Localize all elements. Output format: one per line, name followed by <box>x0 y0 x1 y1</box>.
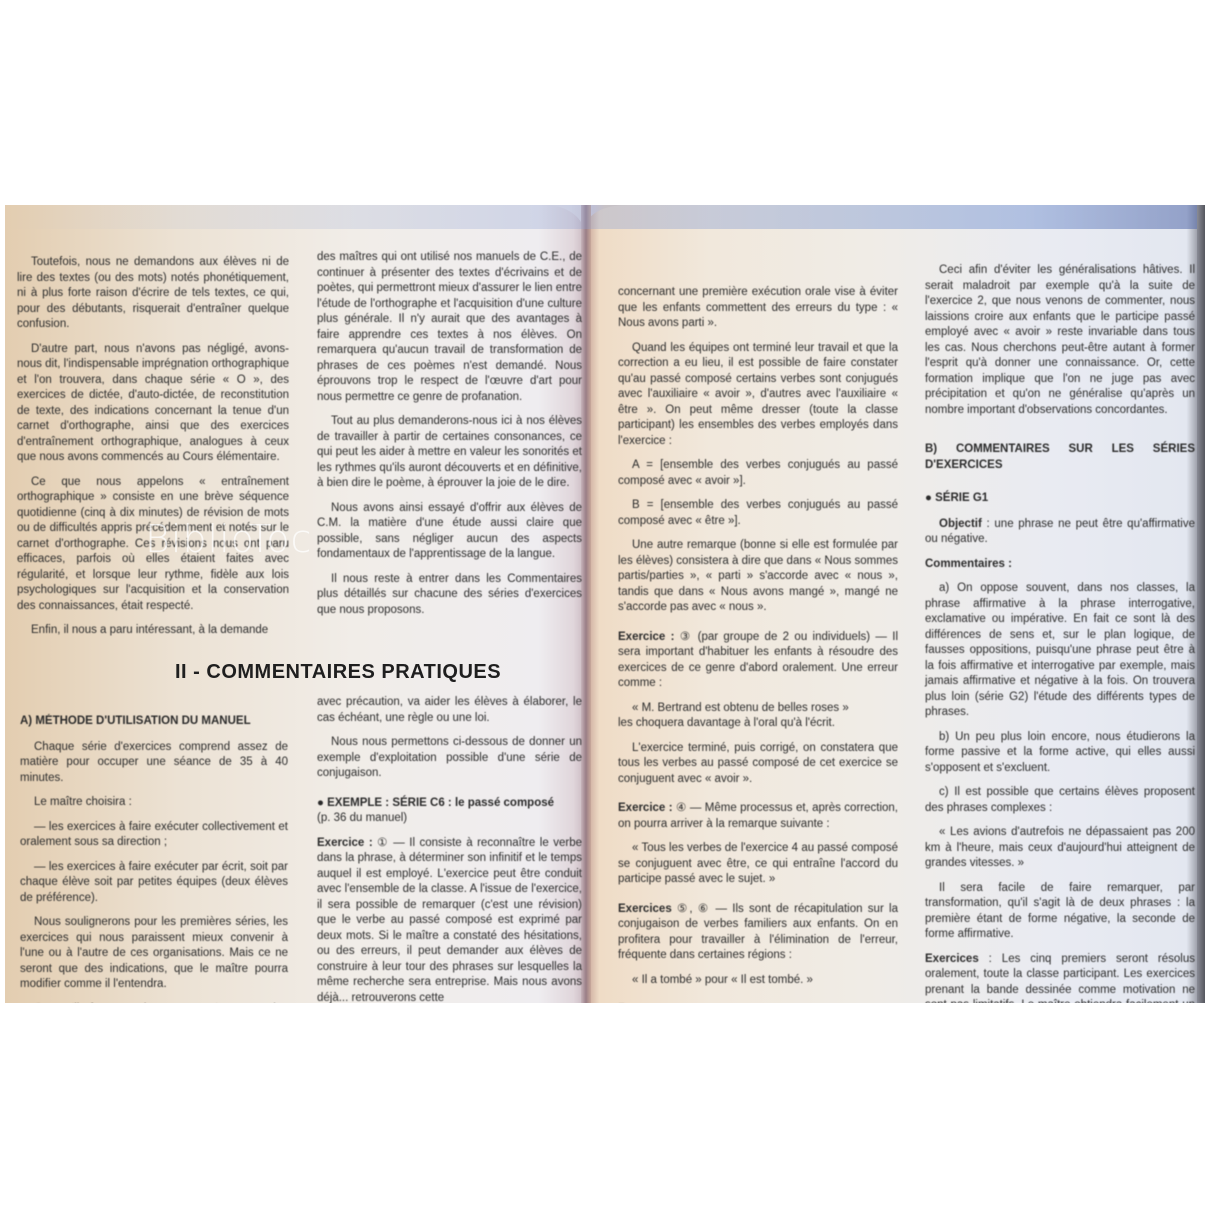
exercise-label: Exercice : <box>618 802 673 814</box>
exercises-5-6: Exercices ⑤, ⑥ — Ils sont de récapitulat… <box>618 902 898 964</box>
serie-heading: ● SÉRIE G1 <box>925 491 1195 507</box>
exercise-4: Exercice : ④ — Même processus et, après … <box>618 801 898 832</box>
paragraph: — les exercices à faire exécuter collect… <box>20 820 288 851</box>
exercise-3: Exercice : ③ (par groupe de 2 ou individ… <box>618 630 898 692</box>
book-gutter <box>581 205 591 1003</box>
left-column-4: avec précaution, va aider les élèves à é… <box>317 695 582 1003</box>
commentaires-label: Commentaires : <box>925 557 1195 573</box>
paragraph: Le maître choisira : <box>20 795 288 811</box>
quote: « Il a tombé » pour « Il est tombé. » <box>618 973 898 989</box>
paragraph: Une autre remarque (bonne si elle est fo… <box>618 538 898 616</box>
page-top-shadow <box>5 205 1205 229</box>
watermark: BiblioToc <box>145 517 312 561</box>
paragraph: D'autre part, nous n'avons pas négligé, … <box>17 342 289 466</box>
paragraph: Quand les équipes ont terminé leur trava… <box>618 341 898 450</box>
exercise-text: ① — Il consiste à reconnaître le verbe d… <box>317 837 582 1004</box>
paragraph: Ceci afin d'éviter les généralisations h… <box>925 263 1195 418</box>
comment-item: a) On oppose souvent, dans nos classes, … <box>925 581 1195 721</box>
comment-item: c) Il est possible que certains élèves p… <box>925 785 1195 816</box>
paragraph: Nous avons ainsi essayé d'offrir aux élè… <box>317 501 582 563</box>
paragraph: Chaque série d'exercices comprend assez … <box>20 740 288 787</box>
right-column-2: Ceci afin d'éviter les généralisations h… <box>925 263 1195 1003</box>
subheading: A) MÉTHODE D'UTILISATION DU MANUEL <box>20 714 288 730</box>
exercises-label: Exercices <box>925 953 979 965</box>
paragraph: Il nous reste à entrer dans les Commenta… <box>317 572 582 619</box>
paragraph: A = [ensemble des verbes conjugués au pa… <box>618 458 898 489</box>
exercise-paragraph: Exercice : ① — Il consiste à reconnaître… <box>317 836 582 1004</box>
objective: Objectif : une phrase ne peut être qu'af… <box>925 517 1195 548</box>
left-column-1: Toutefois, nous ne demandons aux élèves … <box>17 255 289 648</box>
left-column-2: des maîtres qui ont utilisé nos manuels … <box>317 250 582 627</box>
example-reference: (p. 36 du manuel) <box>317 811 582 827</box>
comment-item: b) Un peu plus loin encore, nous étudier… <box>925 730 1195 777</box>
paragraph: les choquera davantage à l'oral qu'à l'é… <box>618 716 898 732</box>
paragraph: des maîtres qui ont utilisé nos manuels … <box>317 250 582 405</box>
example-heading: ● EXEMPLE : SÉRIE C6 : le passé composé <box>317 796 582 812</box>
quote: « Tous les verbes de l'exercice 4 au pas… <box>618 841 898 888</box>
book-photo: Toutefois, nous ne demandons aux élèves … <box>5 205 1205 1003</box>
quote: « M. Bertrand est obtenu de belles roses… <box>618 701 898 717</box>
section-heading: II - COMMENTAIRES PRATIQUES <box>175 661 501 684</box>
objective-label: Objectif <box>939 518 982 530</box>
left-column-3: A) MÉTHODE D'UTILISATION DU MANUEL Chaqu… <box>20 700 288 1003</box>
exercise-label: Exercice : <box>317 837 373 849</box>
exercise-label: Exercices <box>618 903 672 915</box>
paragraph: concernant une première exécution orale … <box>618 285 898 332</box>
quote: « Les avions d'autrefois ne dépassaient … <box>925 825 1195 872</box>
paragraph: L'exercice terminé, puis corrigé, on con… <box>618 741 898 788</box>
paragraph: Enfin, il nous a paru intéressant, à la … <box>17 623 289 639</box>
paragraph: Ce qu'il faut savoir surtout, c'est que … <box>20 1002 288 1004</box>
remarks-label: Remarques : <box>618 1002 898 1003</box>
paragraph: Nous nous permettons ci-dessous de donne… <box>317 735 582 782</box>
paragraph: Toutefois, nous ne demandons aux élèves … <box>17 255 289 333</box>
comment-item: Il sera facile de faire remarquer, par t… <box>925 881 1195 943</box>
paragraph: Nous soulignerons pour les premières sér… <box>20 915 288 993</box>
right-page-edge <box>1197 205 1205 1003</box>
subheading: B) COMMENTAIRES SUR LES SÉRIES D'EXERCIC… <box>925 442 1195 473</box>
paragraph: — les exercices à faire exécuter par écr… <box>20 860 288 907</box>
exercise-label: Exercice : <box>618 631 675 643</box>
paragraph: avec précaution, va aider les élèves à é… <box>317 695 582 726</box>
paragraph: B = [ensemble des verbes conjugués au pa… <box>618 498 898 529</box>
right-column-1: concernant une première exécution orale … <box>618 285 898 1003</box>
exercices-paragraph: Exercices : Les cinq premiers seront rés… <box>925 952 1195 1004</box>
paragraph: Tout au plus demanderons-nous ici à nos … <box>317 414 582 492</box>
